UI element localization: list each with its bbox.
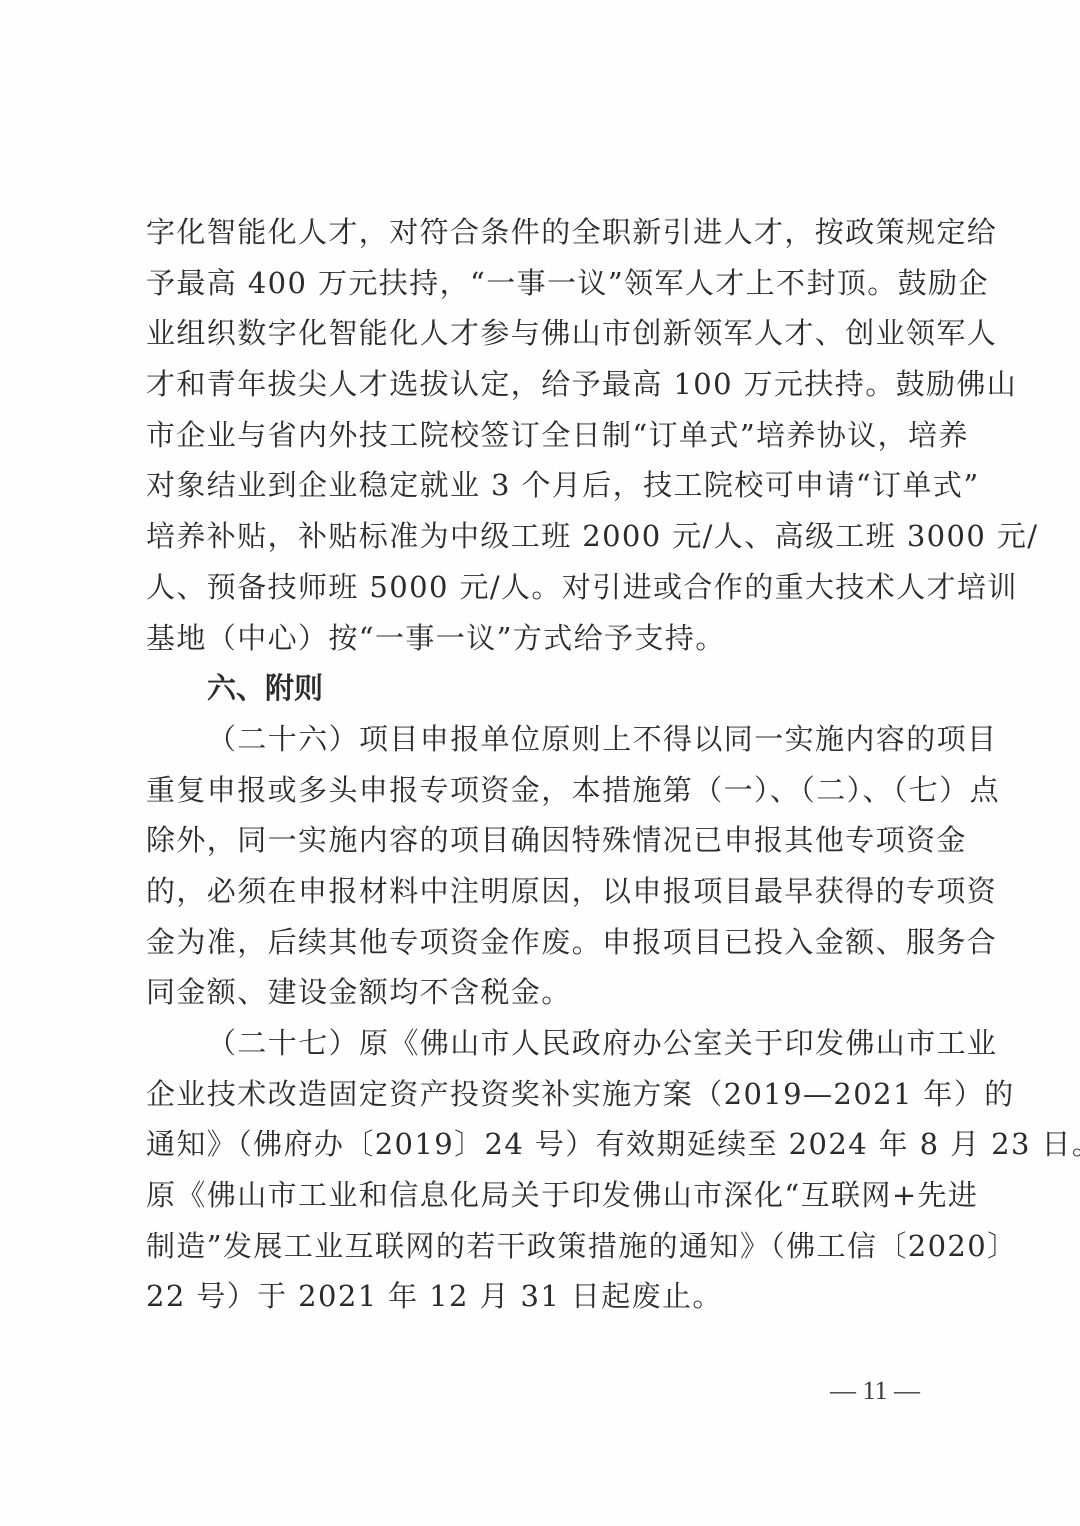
text-line: 字化智能化人才，对符合条件的全职新引进人才，按政策规定给 [146, 207, 946, 258]
paragraph-start: （二十七）原《佛山市人民政府办公室关于印发佛山市工业 [146, 1018, 946, 1069]
text-line: 人、预备技师班 5000 元/人。对引进或合作的重大技术人才培训 [146, 562, 946, 613]
section-heading: 六、附则 [146, 663, 946, 714]
text-line: 予最高 400 万元扶持，“一事一议”领军人才上不封顶。鼓励企 [146, 258, 946, 309]
text-line: 通知》（佛府办〔2019〕24 号）有效期延续至 2024 年 8 月 23 日… [146, 1119, 946, 1170]
text-line: 金为准，后续其他专项资金作废。申报项目已投入金额、服务合 [146, 917, 946, 968]
text-line: 企业技术改造固定资产投资奖补实施方案（2019—2021 年）的 [146, 1069, 946, 1120]
text-line: 业组织数字化智能化人才参与佛山市创新领军人才、创业领军人 [146, 308, 946, 359]
document-body: 字化智能化人才，对符合条件的全职新引进人才，按政策规定给 予最高 400 万元扶… [146, 207, 946, 1322]
text-line: 市企业与省内外技工院校签订全日制“订单式”培养协议，培养 [146, 410, 946, 461]
page-number: — 11 — [820, 1376, 930, 1406]
text-line: 22 号）于 2021 年 12 月 31 日起废止。 [146, 1271, 946, 1322]
text-line: 对象结业到企业稳定就业 3 个月后，技工院校可申请“订单式” [146, 460, 946, 511]
document-page: 字化智能化人才，对符合条件的全职新引进人才，按政策规定给 予最高 400 万元扶… [0, 0, 1080, 1526]
text-line: 除外，同一实施内容的项目确因特殊情况已申报其他专项资金 [146, 815, 946, 866]
text-line: 重复申报或多头申报专项资金，本措施第（一）、（二）、（七）点 [146, 765, 946, 816]
paragraph-start: （二十六）项目申报单位原则上不得以同一实施内容的项目 [146, 714, 946, 765]
text-line: 基地（中心）按“一事一议”方式给予支持。 [146, 613, 946, 664]
text-line: 才和青年拔尖人才选拔认定，给予最高 100 万元扶持。鼓励佛山 [146, 359, 946, 410]
text-line: 同金额、建设金额均不含税金。 [146, 967, 946, 1018]
text-line: 原《佛山市工业和信息化局关于印发佛山市深化“互联网+先进 [146, 1170, 946, 1221]
text-line: 培养补贴，补贴标准为中级工班 2000 元/人、高级工班 3000 元/ [146, 511, 946, 562]
text-line: 制造”发展工业互联网的若干政策措施的通知》（佛工信〔2020〕 [146, 1221, 946, 1272]
text-line: 的，必须在申报材料中注明原因，以申报项目最早获得的专项资 [146, 866, 946, 917]
